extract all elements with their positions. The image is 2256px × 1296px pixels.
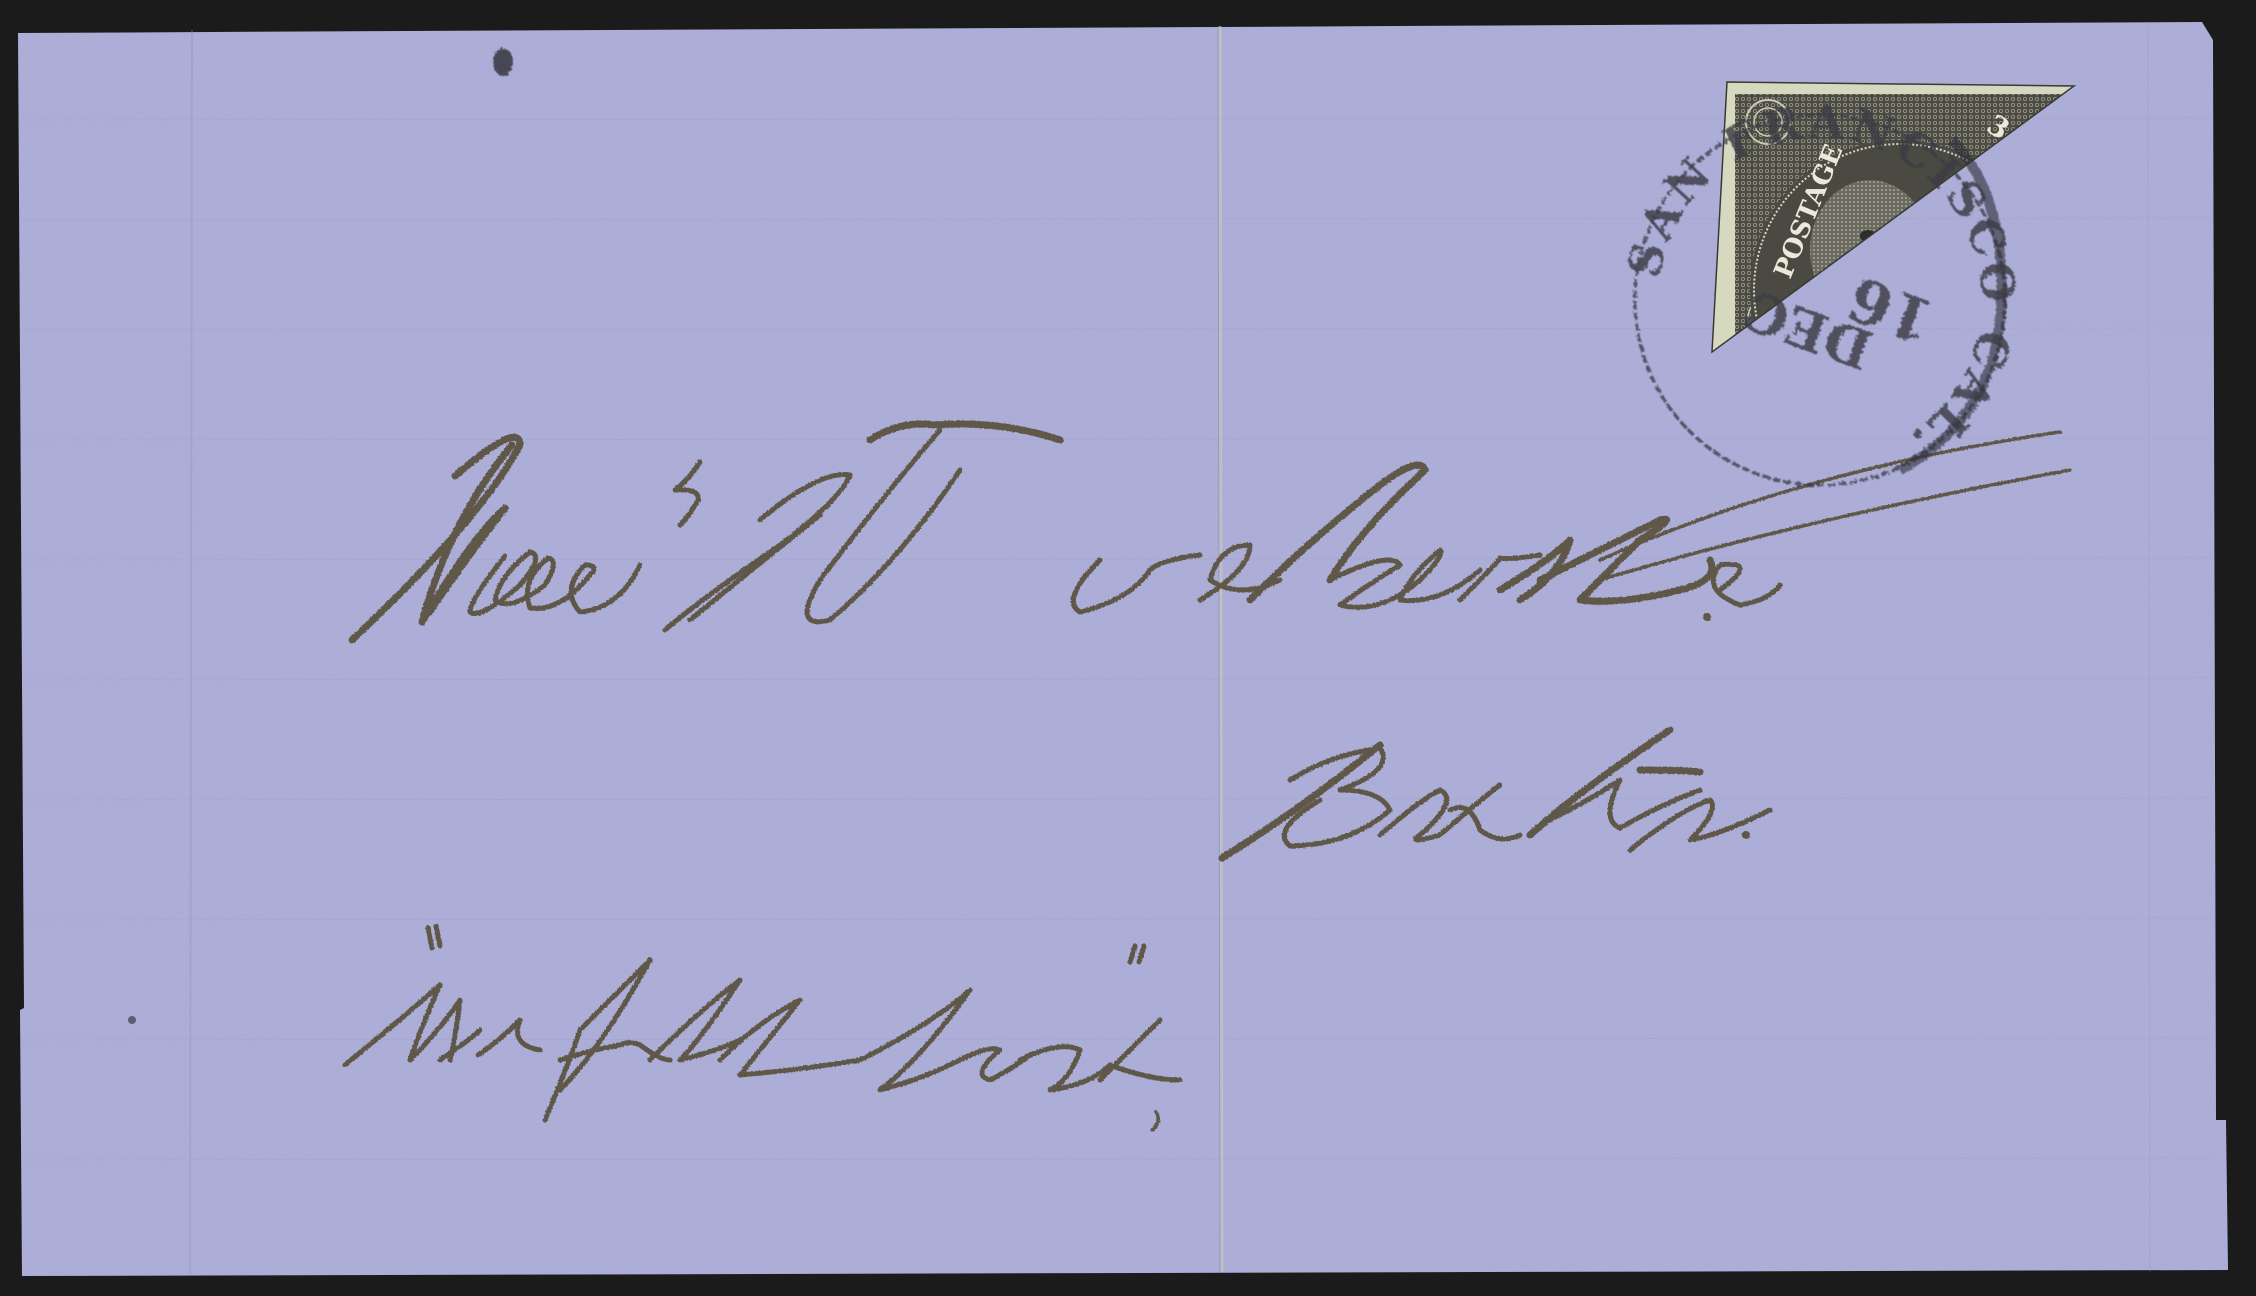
- center-fold: [1220, 26, 1222, 1272]
- postal-cover-scene: POSTAGE 3 SAN FRANCISCO CAL. DEC 16: [0, 0, 2256, 1296]
